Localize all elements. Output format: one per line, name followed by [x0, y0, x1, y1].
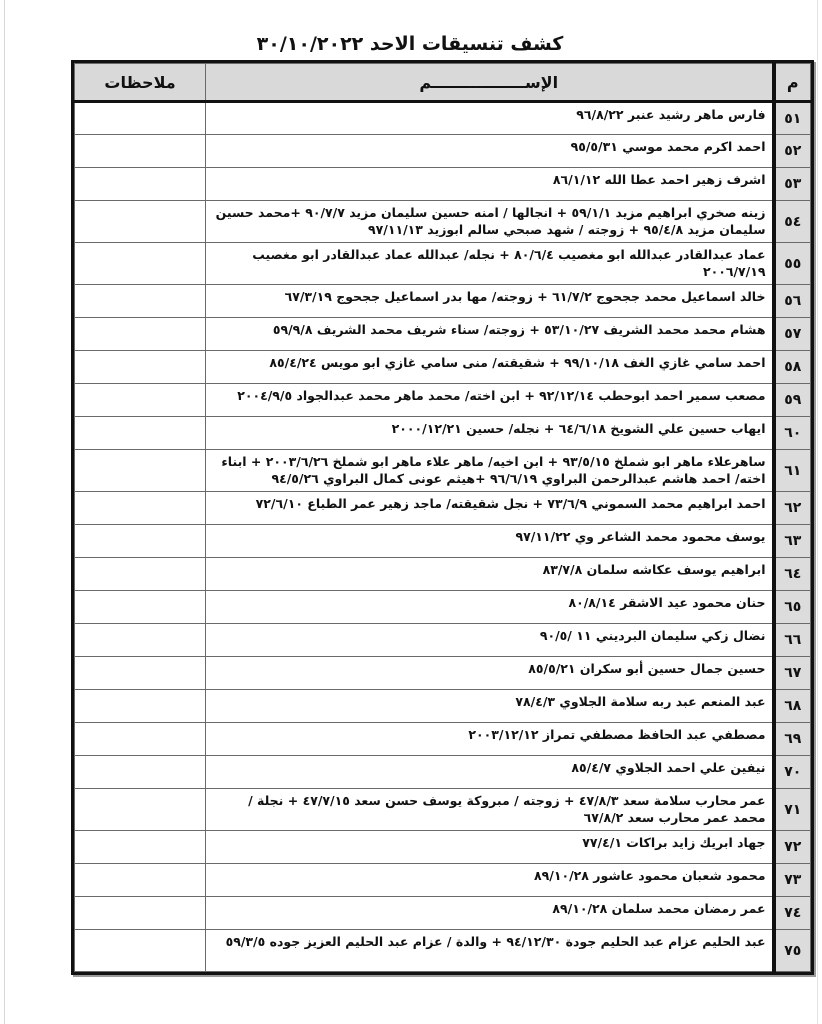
- row-notes: [75, 690, 206, 723]
- row-number: ٧٠: [774, 756, 811, 789]
- row-number: ٥٢: [774, 135, 811, 168]
- row-name: ايهاب حسين علي الشويخ ٦٤/٦/١٨ + نجله/ حس…: [206, 417, 774, 450]
- row-number: ٧٣: [774, 864, 811, 897]
- row-name: مصطفي عبد الحافظ مصطفي تمراز ٢٠٠٣/١٢/١٢: [206, 723, 774, 756]
- row-name: عبد المنعم عبد ربه سلامة الجلاوي ٧٨/٤/٣: [206, 690, 774, 723]
- table-row: ٥٨احمد سامي غازي الغف ٩٩/١٠/١٨ + شقيقته/…: [75, 351, 811, 384]
- row-notes: [75, 450, 206, 492]
- row-notes: [75, 864, 206, 897]
- row-name: عماد عبدالقادر عبدالله ابو مغصيب ٨٠/٦/٤ …: [206, 243, 774, 285]
- table-row: ٦١ساهرعلاء ماهر ابو شملخ ٩٣/٥/١٥ + ابن ا…: [75, 450, 811, 492]
- table-row: ٧٥عبد الحليم عزام عبد الحليم جودة ٩٤/١٢/…: [75, 930, 811, 972]
- table-row: ٥٩مصعب سمير احمد ابوحطب ٩٢/١٢/١٤ + ابن ا…: [75, 384, 811, 417]
- row-name: جهاد ابريك زايد براكات ٧٧/٤/١: [206, 831, 774, 864]
- row-notes: [75, 135, 206, 168]
- row-name: اشرف زهير احمد عطا الله ٨٦/١/١٢: [206, 168, 774, 201]
- row-notes: [75, 102, 206, 135]
- row-notes: [75, 591, 206, 624]
- row-notes: [75, 318, 206, 351]
- row-number: ٧٤: [774, 897, 811, 930]
- row-name: عبد الحليم عزام عبد الحليم جودة ٩٤/١٢/٣٠…: [206, 930, 774, 972]
- row-notes: [75, 657, 206, 690]
- coordination-table-frame: م الإســـــــــــــــــم ملاحظات ٥١فارس …: [71, 60, 814, 975]
- table-row: ٥٢احمد اكرم محمد موسي ٩٥/٥/٣١: [75, 135, 811, 168]
- table-row: ٦٩مصطفي عبد الحافظ مصطفي تمراز ٢٠٠٣/١٢/١…: [75, 723, 811, 756]
- table-body: ٥١فارس ماهر رشيد عنبر ٩٦/٨/٢٢٥٢احمد اكرم…: [75, 102, 811, 972]
- row-name: احمد اكرم محمد موسي ٩٥/٥/٣١: [206, 135, 774, 168]
- row-notes: [75, 897, 206, 930]
- table-row: ٥١فارس ماهر رشيد عنبر ٩٦/٨/٢٢: [75, 102, 811, 135]
- row-number: ٦٥: [774, 591, 811, 624]
- row-name: خالد اسماعيل محمد ججحوج ٦١/٧/٢ + زوجته/ …: [206, 285, 774, 318]
- row-number: ٧٥: [774, 930, 811, 972]
- row-number: ٦٤: [774, 558, 811, 591]
- table-row: ٧٢جهاد ابريك زايد براكات ٧٧/٤/١: [75, 831, 811, 864]
- row-number: ٥١: [774, 102, 811, 135]
- row-name: هشام محمد محمد الشريف ٥٣/١٠/٢٧ + زوجته/ …: [206, 318, 774, 351]
- row-name: عمر رمضان محمد سلمان ٨٩/١٠/٢٨: [206, 897, 774, 930]
- row-name: فارس ماهر رشيد عنبر ٩٦/٨/٢٢: [206, 102, 774, 135]
- row-notes: [75, 384, 206, 417]
- row-notes: [75, 201, 206, 243]
- row-number: ٦٨: [774, 690, 811, 723]
- row-name: مصعب سمير احمد ابوحطب ٩٢/١٢/١٤ + ابن اخت…: [206, 384, 774, 417]
- table-row: ٦٥حنان محمود عيد الاشقر ٨٠/٨/١٤: [75, 591, 811, 624]
- column-header-notes: ملاحظات: [75, 64, 206, 102]
- row-notes: [75, 789, 206, 831]
- row-notes: [75, 243, 206, 285]
- table-row: ٦٧حسين جمال حسين أبو سكران ٨٥/٥/٢١: [75, 657, 811, 690]
- row-number: ٥٧: [774, 318, 811, 351]
- row-number: ٥٥: [774, 243, 811, 285]
- row-number: ٥٦: [774, 285, 811, 318]
- row-number: ٧٢: [774, 831, 811, 864]
- coordination-table: م الإســـــــــــــــــم ملاحظات ٥١فارس …: [74, 63, 811, 972]
- row-number: ٧١: [774, 789, 811, 831]
- row-name: ساهرعلاء ماهر ابو شملخ ٩٣/٥/١٥ + ابن اخي…: [206, 450, 774, 492]
- row-notes: [75, 285, 206, 318]
- table-row: ٦٠ايهاب حسين علي الشويخ ٦٤/٦/١٨ + نجله/ …: [75, 417, 811, 450]
- column-header-name: الإســـــــــــــــــم: [206, 64, 774, 102]
- row-notes: [75, 930, 206, 972]
- row-notes: [75, 756, 206, 789]
- table-row: ٦٤ابراهيم يوسف عكاشه سلمان ٨٣/٧/٨: [75, 558, 811, 591]
- table-row: ٧١عمر محارب سلامة سعد ٤٧/٨/٣ + زوجته / م…: [75, 789, 811, 831]
- table-row: ٥٣اشرف زهير احمد عطا الله ٨٦/١/١٢: [75, 168, 811, 201]
- table-row: ٥٥عماد عبدالقادر عبدالله ابو مغصيب ٨٠/٦/…: [75, 243, 811, 285]
- row-name: حنان محمود عيد الاشقر ٨٠/٨/١٤: [206, 591, 774, 624]
- row-name: زينه صخري ابراهيم مزيد ٥٩/١/١ + انجالها …: [206, 201, 774, 243]
- row-notes: [75, 624, 206, 657]
- row-number: ٦٦: [774, 624, 811, 657]
- page-right-edge: [817, 0, 818, 1024]
- document-title: كشف تنسيقات الاحد ٣٠/١٠/٢٠٢٢: [230, 30, 590, 58]
- row-number: ٦٢: [774, 492, 811, 525]
- table-row: ٧٤عمر رمضان محمد سلمان ٨٩/١٠/٢٨: [75, 897, 811, 930]
- row-notes: [75, 168, 206, 201]
- table-row: ٦٣يوسف محمود محمد الشاعر وي ٩٧/١١/٢٢: [75, 525, 811, 558]
- table-row: ٥٦خالد اسماعيل محمد ججحوج ٦١/٧/٢ + زوجته…: [75, 285, 811, 318]
- row-number: ٦٩: [774, 723, 811, 756]
- table-row: ٧٣محمود شعبان محمود عاشور ٨٩/١٠/٢٨: [75, 864, 811, 897]
- table-row: ٧٠نيفين علي احمد الجلاوي ٨٥/٤/٧: [75, 756, 811, 789]
- row-notes: [75, 492, 206, 525]
- row-number: ٦١: [774, 450, 811, 492]
- row-number: ٥٩: [774, 384, 811, 417]
- row-notes: [75, 525, 206, 558]
- row-number: ٦٣: [774, 525, 811, 558]
- row-name: احمد ابراهيم محمد السموني ٧٣/٦/٩ + نجل ش…: [206, 492, 774, 525]
- page-left-edge: [4, 0, 5, 1024]
- row-number: ٥٨: [774, 351, 811, 384]
- row-notes: [75, 351, 206, 384]
- row-number: ٦٠: [774, 417, 811, 450]
- table-row: ٦٦نضال زكي سليمان البرديني ١١ /٩٠/٥: [75, 624, 811, 657]
- column-header-number: م: [774, 64, 811, 102]
- row-name: نضال زكي سليمان البرديني ١١ /٩٠/٥: [206, 624, 774, 657]
- row-name: محمود شعبان محمود عاشور ٨٩/١٠/٢٨: [206, 864, 774, 897]
- row-notes: [75, 831, 206, 864]
- table-row: ٦٢احمد ابراهيم محمد السموني ٧٣/٦/٩ + نجل…: [75, 492, 811, 525]
- row-name: حسين جمال حسين أبو سكران ٨٥/٥/٢١: [206, 657, 774, 690]
- row-number: ٥٣: [774, 168, 811, 201]
- table-header-row: م الإســـــــــــــــــم ملاحظات: [75, 64, 811, 102]
- row-number: ٦٧: [774, 657, 811, 690]
- row-name: ابراهيم يوسف عكاشه سلمان ٨٣/٧/٨: [206, 558, 774, 591]
- row-notes: [75, 558, 206, 591]
- table-row: ٥٧هشام محمد محمد الشريف ٥٣/١٠/٢٧ + زوجته…: [75, 318, 811, 351]
- row-name: يوسف محمود محمد الشاعر وي ٩٧/١١/٢٢: [206, 525, 774, 558]
- row-name: نيفين علي احمد الجلاوي ٨٥/٤/٧: [206, 756, 774, 789]
- row-name: عمر محارب سلامة سعد ٤٧/٨/٣ + زوجته / مبر…: [206, 789, 774, 831]
- table-row: ٦٨عبد المنعم عبد ربه سلامة الجلاوي ٧٨/٤/…: [75, 690, 811, 723]
- row-notes: [75, 723, 206, 756]
- row-name: احمد سامي غازي الغف ٩٩/١٠/١٨ + شقيقته/ م…: [206, 351, 774, 384]
- table-row: ٥٤زينه صخري ابراهيم مزيد ٥٩/١/١ + انجاله…: [75, 201, 811, 243]
- row-notes: [75, 417, 206, 450]
- row-number: ٥٤: [774, 201, 811, 243]
